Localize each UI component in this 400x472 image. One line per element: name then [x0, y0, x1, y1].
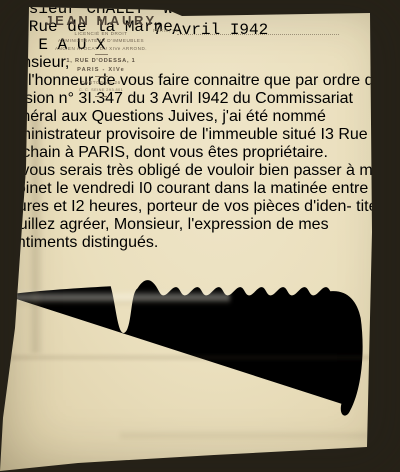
sender-registry: C. C. SEINE 293.801	[32, 87, 170, 92]
letterhead: JEAN MAURY LICENCIÉ EN DROIT ADMINISTRAT…	[32, 13, 170, 100]
body-line: sentiments distingués.	[0, 234, 158, 251]
dateline-printed-prefix: PARIS, LE	[153, 28, 179, 33]
letterhead-divider	[95, 54, 108, 55]
sender-name: JEAN MAURY	[32, 13, 170, 28]
signature-scribble-icon	[0, 252, 400, 443]
dateline-dotted-rule	[177, 34, 339, 35]
body-line: tité.	[356, 198, 382, 215]
dateline: PARIS, LE 7 Avril I942	[153, 21, 343, 35]
letter-paper: JEAN MAURY LICENCIÉ EN DROIT ADMINISTRAT…	[0, 0, 400, 472]
letter-photograph: JEAN MAURY LICENCIÉ EN DROIT ADMINISTRAT…	[0, 0, 400, 472]
sender-phone: DANTON 45-26	[32, 80, 170, 85]
paragraph-2: Je vous serais très obligé de vouloir bi…	[0, 162, 400, 216]
closing-formula: Veuillez agréer, Monsieur, l'expression …	[0, 216, 400, 252]
body-line: Je vous serais très obligé de vouloir bi…	[0, 162, 342, 179]
sender-street: 1, RUE D'ODESSA, 1	[32, 58, 170, 64]
body-line: Veuillez agréer, Monsieur, l'expression …	[0, 216, 329, 233]
body-line: dont vous êtes propriétaire.	[134, 144, 328, 161]
sender-title-3: ANCIEN AVOCAT DU XIVe ARROND.	[32, 46, 170, 51]
letterhead-divider	[95, 76, 108, 77]
sender-title-1: LICENCIÉ EN DROIT	[32, 31, 170, 36]
letterhead-divider	[95, 96, 108, 97]
sender-city: PARIS - XIVe	[32, 67, 170, 73]
sender-title-2: ADMINISTRATEUR D'IMMEUBLES	[32, 38, 170, 43]
